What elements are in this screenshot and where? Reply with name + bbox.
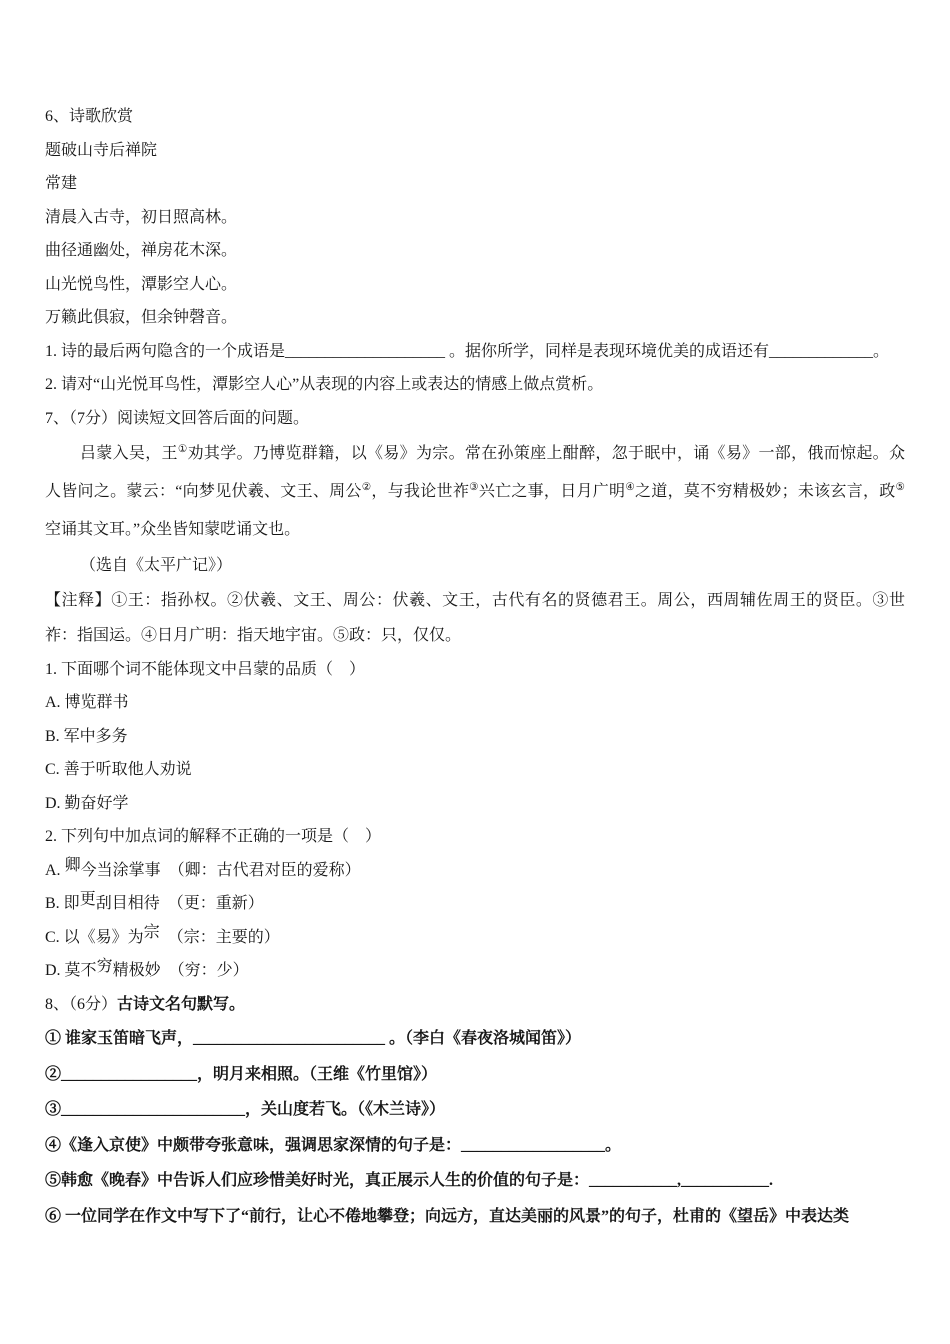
poem-line-1: 清晨入古寺，初日照高林。 — [45, 201, 905, 235]
text-run: ⑥ 一位同学在作文中写下了“前行，让心不倦地攀登；向远方，直达美丽的风景”的句子… — [45, 1208, 849, 1225]
text-run: 2. 下列句中加点词的解释不正确的一项是（ ） — [45, 828, 381, 845]
passage-source: （选自《太平广记》） — [45, 549, 905, 583]
q7-1-option-a: A. 博览群书 — [45, 686, 905, 720]
q7-1-option-b: B. 军中多务 — [45, 720, 905, 754]
dotted-emphasis-char: 卿 — [65, 857, 81, 874]
text-run: 清晨入古寺，初日照高林。 — [45, 209, 237, 226]
dictation-item-2: ②_________________，明月来相照。（王维《竹里馆》） — [45, 1057, 905, 1093]
text-run: （宗：主要的） — [160, 929, 280, 946]
footnote-ref: ④ — [625, 482, 635, 493]
dotted-emphasis-char: 宗 — [144, 924, 160, 941]
q7-2-option-b: B. 即更刮目相待 （更：重新） — [45, 887, 905, 921]
text-run: B. 军中多务 — [45, 728, 128, 745]
text-run: D. 勤奋好学 — [45, 795, 129, 812]
text-run: 之道，莫不穷精极妙；未该玄言，政 — [635, 483, 896, 500]
classical-passage: 吕蒙入吴，王①劝其学。乃博览群籍，以《易》为宗。常在孙策座上酣醉，忽于眠中，诵《… — [45, 435, 905, 549]
text-run: ，与我论世祚 — [371, 483, 469, 500]
passage-notes: 【注释】①王：指孙权。②伏羲、文王、周公：伏羲、文王，古代有名的贤德君王。周公，… — [45, 583, 905, 653]
poem-title: 题破山寺后禅院 — [45, 134, 905, 168]
poem-line-4: 万籁此俱寂，但余钟磬音。 — [45, 301, 905, 335]
text-run: 山光悦鸟性，潭影空人心。 — [45, 276, 237, 293]
text-run: ，明月来相照。（王维《竹里馆》） — [197, 1066, 437, 1083]
text-run: 。（李白《春夜洛城闻笛》） — [385, 1030, 581, 1047]
text-run: 2. 请对“山光悦耳鸟性，潭影空人心”从表现的内容上或表达的情感上做点赏析。 — [45, 376, 603, 393]
text-run: 【注释】①王：指孙权。②伏羲、文王、周公：伏羲、文王，古代有名的贤德君王。周公，… — [45, 592, 905, 644]
q7-2-option-d: D. 莫不穷精极妙 （穷：少） — [45, 954, 905, 988]
text-run: 6、诗歌欣赏 — [45, 108, 133, 125]
dictation-item-3: ③_______________________，关山度若飞。（《木兰诗》） — [45, 1092, 905, 1128]
text-run: D. 莫不 — [45, 962, 97, 979]
text-run: 古诗文名句默写。 — [117, 996, 245, 1013]
text-run: 刮目相待 （更：重新） — [96, 895, 264, 912]
text-run: . — [769, 1172, 773, 1189]
text-run: （选自《太平广记》） — [80, 557, 232, 574]
text-run: ⑤韩愈《晚春》中告诉人们应珍惜美好时光，真正展示人生的价值的句子是： — [45, 1172, 589, 1189]
poem-line-2: 曲径通幽处，禅房花木深。 — [45, 234, 905, 268]
section-6-heading: 6、诗歌欣赏 — [45, 100, 905, 134]
dictation-item-6: ⑥ 一位同学在作文中写下了“前行，让心不倦地攀登；向远方，直达美丽的风景”的句子… — [45, 1199, 905, 1235]
text-run: 。据你所学，同样是表现环境优美的成语还有 — [445, 343, 769, 360]
answer-blank: _______________________ — [61, 1101, 245, 1118]
text-run: 7、（7分）阅读短文回答后面的问题。 — [45, 410, 309, 427]
text-run: 吕蒙入吴，王 — [80, 445, 178, 462]
text-run: A. — [45, 862, 65, 879]
footnote-ref: ③ — [469, 482, 479, 493]
text-run: 8、（6分） — [45, 996, 117, 1013]
text-run: B. 即 — [45, 895, 80, 912]
text-run: 题破山寺后禅院 — [45, 142, 157, 159]
text-run: 今当涂掌事 （卿：古代君对臣的爱称） — [81, 862, 361, 879]
dictation-item-4: ④《逢入京使》中颇带夸张意味，强调思家深情的句子是：______________… — [45, 1128, 905, 1164]
footnote-ref: ⑤ — [896, 482, 905, 493]
question-7-2: 2. 下列句中加点词的解释不正确的一项是（ ） — [45, 820, 905, 854]
document-page: 6、诗歌欣赏题破山寺后禅院常建清晨入古寺，初日照高林。曲径通幽处，禅房花木深。山… — [0, 0, 950, 1344]
section-8-heading: 8、（6分）古诗文名句默写。 — [45, 988, 905, 1022]
text-run: ③ — [45, 1101, 61, 1118]
text-run: 。 — [873, 343, 889, 360]
answer-blank: ___________ — [681, 1172, 769, 1189]
answer-blank: _____________ — [769, 343, 873, 360]
answer-blank: _________________ — [61, 1066, 197, 1083]
q7-1-option-c: C. 善于听取他人劝说 — [45, 753, 905, 787]
text-run: 空诵其文耳。”众坐皆知蒙呓诵文也。 — [45, 521, 300, 538]
text-run: ② — [45, 1066, 61, 1083]
text-run: C. 善于听取他人劝说 — [45, 761, 192, 778]
dictation-item-5: ⑤韩愈《晚春》中告诉人们应珍惜美好时光，真正展示人生的价值的句子是：______… — [45, 1163, 905, 1199]
answer-blank: ________________________ — [193, 1030, 385, 1047]
question-6-2: 2. 请对“山光悦耳鸟性，潭影空人心”从表现的内容上或表达的情感上做点赏析。 — [45, 368, 905, 402]
answer-blank: __________________ — [461, 1137, 605, 1154]
text-run: 精极妙 （穷：少） — [113, 962, 249, 979]
text-run: ① 谁家玉笛暗飞声， — [45, 1030, 193, 1047]
text-run: 曲径通幽处，禅房花木深。 — [45, 242, 237, 259]
poem-line-3: 山光悦鸟性，潭影空人心。 — [45, 268, 905, 302]
question-6-1: 1. 诗的最后两句隐含的一个成语是____________________ 。据… — [45, 335, 905, 369]
q7-1-option-d: D. 勤奋好学 — [45, 787, 905, 821]
text-run: 。 — [605, 1137, 621, 1154]
footnote-ref: ② — [362, 482, 372, 493]
answer-blank: ____________________ — [285, 343, 445, 360]
text-run: 1. 下面哪个词不能体现文中吕蒙的品质（ ） — [45, 661, 365, 678]
poem-author: 常建 — [45, 167, 905, 201]
text-run: 兴亡之事，日月广明 — [479, 483, 626, 500]
text-run: C. 以《易》为 — [45, 929, 144, 946]
text-run: ④《逢入京使》中颇带夸张意味，强调思家深情的句子是： — [45, 1137, 461, 1154]
text-run: ，关山度若飞。（《木兰诗》） — [245, 1101, 445, 1118]
text-run: 常建 — [45, 175, 77, 192]
question-7-1: 1. 下面哪个词不能体现文中吕蒙的品质（ ） — [45, 653, 905, 687]
q7-2-option-c: C. 以《易》为宗 （宗：主要的） — [45, 921, 905, 955]
text-run: 1. 诗的最后两句隐含的一个成语是 — [45, 343, 285, 360]
section-7-heading: 7、（7分）阅读短文回答后面的问题。 — [45, 402, 905, 436]
dotted-emphasis-char: 穷 — [97, 958, 113, 975]
answer-blank: ___________ — [589, 1172, 677, 1189]
dotted-emphasis-char: 更 — [80, 891, 96, 908]
footnote-ref: ① — [178, 444, 188, 455]
q7-2-option-a: A. 卿今当涂掌事 （卿：古代君对臣的爱称） — [45, 854, 905, 888]
text-run: 万籁此俱寂，但余钟磬音。 — [45, 309, 237, 326]
text-run: A. 博览群书 — [45, 694, 129, 711]
dictation-item-1: ① 谁家玉笛暗飞声，________________________ 。（李白《… — [45, 1021, 905, 1057]
